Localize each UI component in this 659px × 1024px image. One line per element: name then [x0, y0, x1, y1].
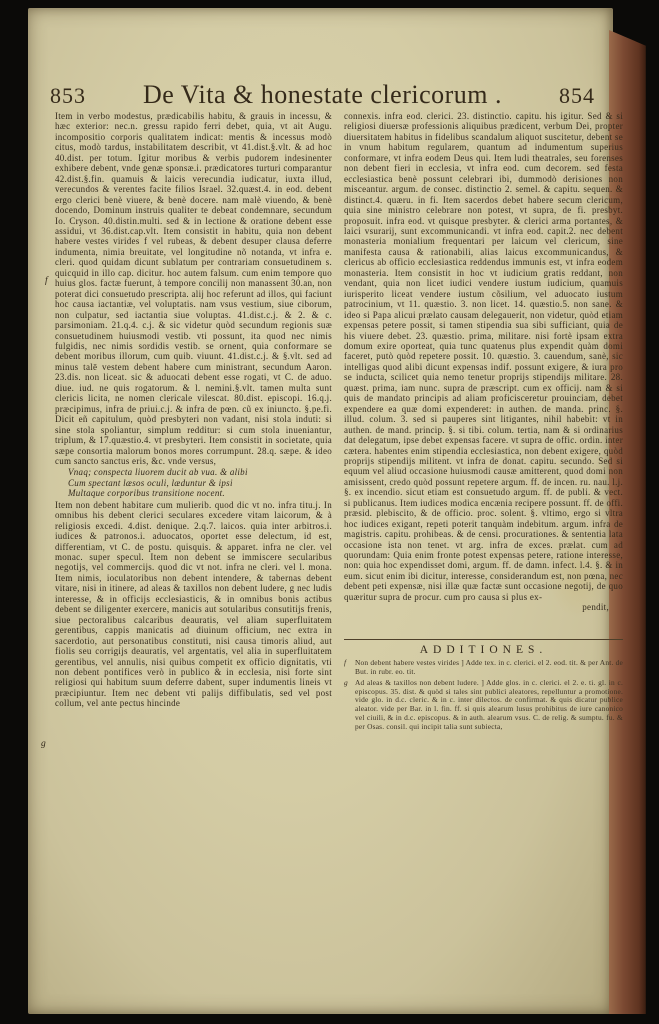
margin-letter-g: g [41, 739, 46, 749]
additiones-divider [344, 639, 623, 640]
margin-letter-f: f [45, 276, 48, 286]
left-paragraph-1: Item in verbo modestus, prædicabilis hab… [55, 111, 332, 466]
additiones-section: ADDITIONES. f Non debent habere vestes v… [344, 639, 623, 732]
verse-line-1: Vnaq; conspecta liuorem ducit ab vua. & … [68, 467, 332, 477]
additiones-heading: ADDITIONES. [344, 645, 623, 655]
book-scan: 853 De Vita & honestate clericorum . 854… [0, 0, 659, 1024]
verse-block: Vnaq; conspecta liuorem ducit ab vua. & … [68, 467, 332, 498]
note-text-f: Non debent habere vestes virides ] Adde … [355, 659, 623, 677]
note-marker-g: g [344, 679, 352, 732]
additiones-note: f Non debent habere vestes virides ] Add… [344, 659, 623, 677]
note-text-g: Ad aleas & taxillos non debent ludere. ]… [355, 679, 623, 732]
additiones-note: g Ad aleas & taxillos non debent ludere.… [344, 679, 623, 732]
page-header: 853 De Vita & honestate clericorum . 854 [50, 80, 595, 114]
page-title: De Vita & honestate clericorum . [143, 80, 502, 111]
left-paragraph-2: Item non debent habitare cum mulierib. q… [55, 500, 332, 709]
left-page-number: 853 [50, 83, 86, 109]
right-paragraph-last-line: pendit, [344, 602, 623, 612]
left-text-column: Item in verbo modestus, prædicabilis hab… [55, 111, 332, 709]
right-paragraph-1: connexis. infra eod. clerici. 23. distin… [344, 111, 623, 602]
right-page-number: 854 [559, 83, 595, 109]
verse-line-3: Multaque corporibus transitione nocent. [68, 488, 332, 498]
right-text-column: connexis. infra eod. clerici. 23. distin… [344, 111, 623, 734]
verse-line-2: Cum spectant læsos oculi, læduntur & ips… [68, 478, 332, 488]
note-marker-f: f [344, 659, 352, 677]
